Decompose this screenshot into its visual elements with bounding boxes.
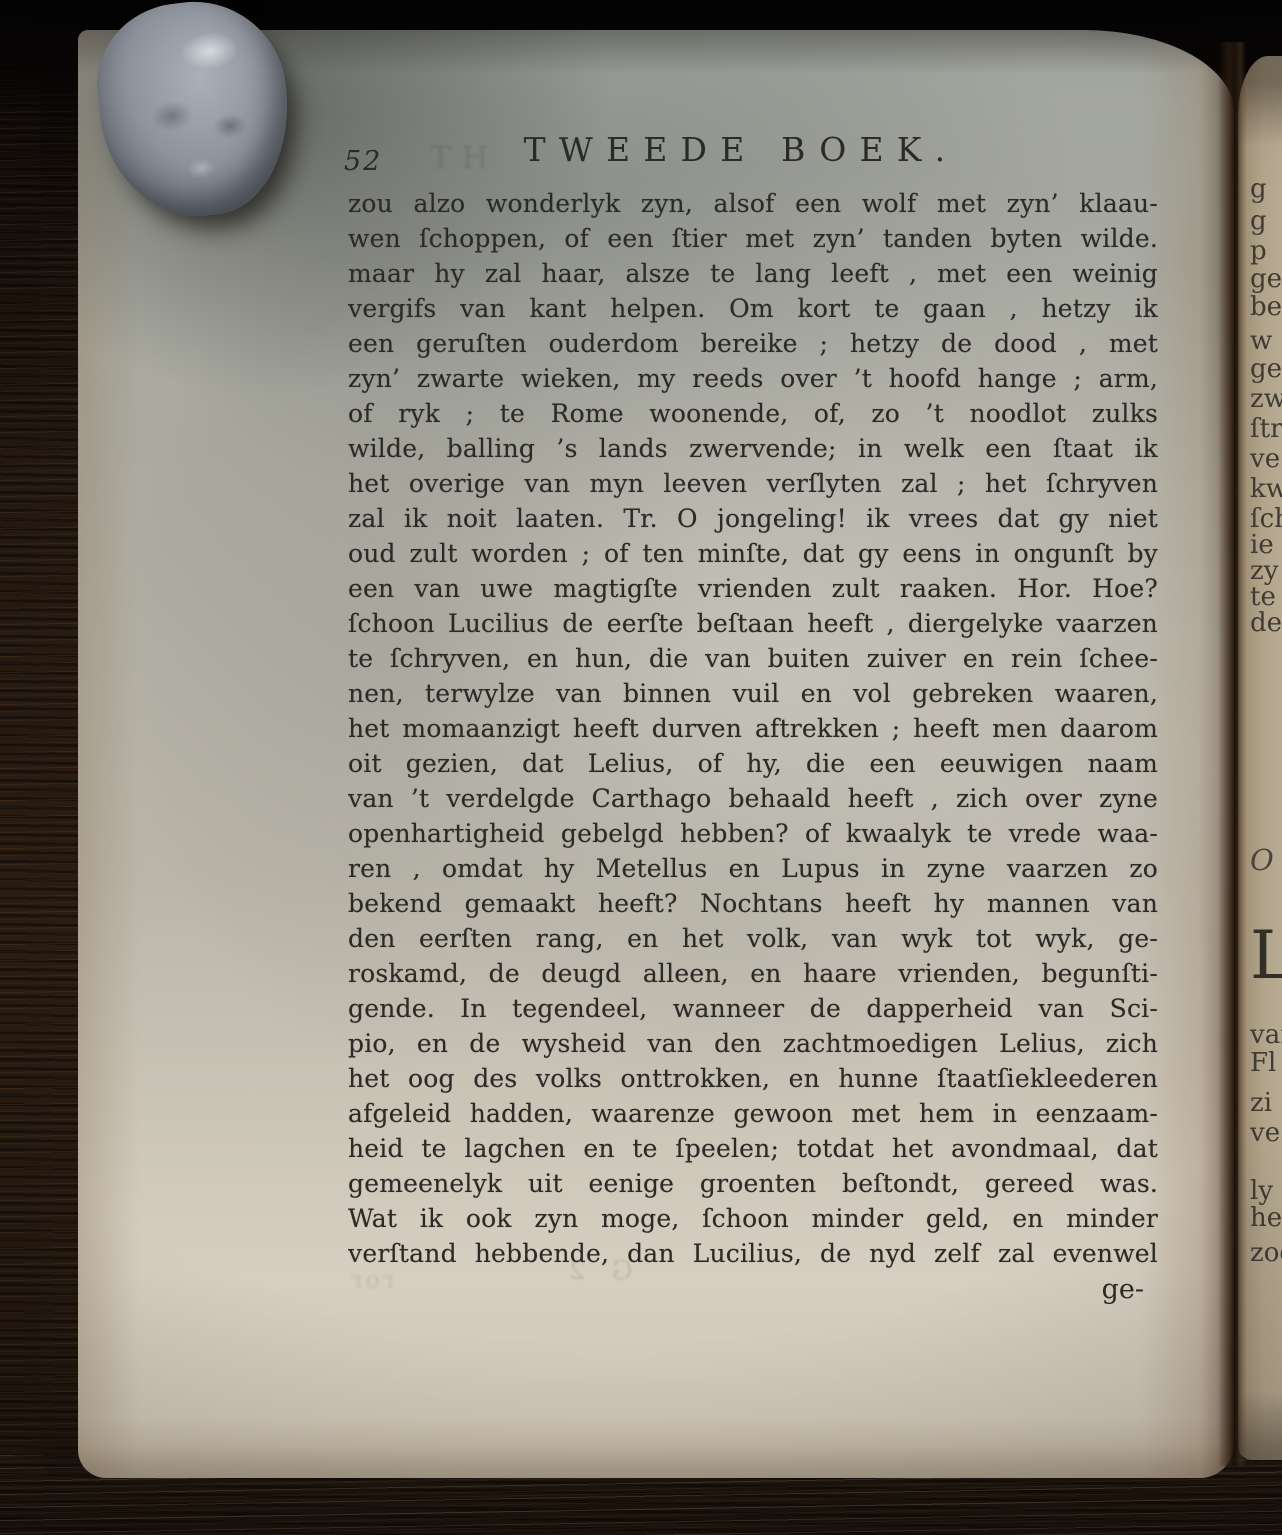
facing-page-text-fragment: ly — [1250, 1176, 1273, 1206]
text-line: roskamd, de deugd alleen, en haare vrien… — [348, 956, 1158, 991]
facing-page-text-fragment: p — [1250, 236, 1267, 266]
showthrough-verso-text: ror — [348, 1266, 394, 1294]
book-gutter-crease — [1218, 42, 1246, 1466]
text-line: zal ik noit laaten. Tr. O jongeling! ik … — [348, 501, 1158, 536]
text-line: zou alzo wonderlyk zyn, alsof een wolf m… — [348, 186, 1158, 221]
text-line: gemeenelyk uit eenige groenten beſtondt,… — [348, 1166, 1158, 1201]
text-line: heid te lagchen en te ſpeelen; totdat he… — [348, 1131, 1158, 1166]
text-line: wen ſchoppen, of een ſtier met zyn’ tand… — [348, 221, 1158, 256]
text-line: wilde, balling ’s lands zwervende; in we… — [348, 431, 1158, 466]
text-line: of ryk ; te Rome woonende, of, zo ’t noo… — [348, 396, 1158, 431]
facing-page-text-fragment: be — [1250, 292, 1282, 322]
catchword: ge- — [348, 1273, 1158, 1307]
facing-page-text-fragment: g — [1250, 206, 1267, 236]
text-line: bekend gemaakt heeft? Nochtans heeft hy … — [348, 886, 1158, 921]
facing-page-text-fragment: zoe — [1250, 1238, 1282, 1268]
facing-page-text-fragment: ge — [1250, 264, 1282, 294]
facing-page-text-fragment: ve — [1250, 1118, 1280, 1148]
facing-page-text-fragment: kw — [1250, 474, 1282, 504]
text-line: het overige van myn leeven verſlyten zal… — [348, 466, 1158, 501]
facing-page-drop-cap: L — [1250, 923, 1282, 989]
page-header: 52 TH TWEEDE BOEK. — [348, 130, 1158, 180]
showthrough-signature-mark: G 2 — [560, 1256, 633, 1286]
text-line: openhartigheid gebelgd hebben? of kwaaly… — [348, 816, 1158, 851]
facing-page-text-fragment: ſtr — [1250, 414, 1282, 444]
text-line: verſtand hebbende, dan Lucilius, de nyd … — [348, 1236, 1158, 1271]
facing-page-text-fragment: var — [1250, 1020, 1282, 1050]
facing-page-text-fragment: ge — [1250, 354, 1282, 384]
text-line: zyn’ zwarte wieken, my reeds over ’t hoo… — [348, 361, 1158, 396]
text-line: ſchoon Lucilius de eerſte beſtaan heeft … — [348, 606, 1158, 641]
text-line: maar hy zal haar, alsze te lang leeft , … — [348, 256, 1158, 291]
facing-page-text-fragment: he — [1250, 1203, 1282, 1233]
facing-page-text-fragment: de — [1250, 608, 1282, 638]
facing-page-text-fragment: zw — [1250, 384, 1282, 414]
text-line: een van uwe magtigſte vrienden zult raak… — [348, 571, 1158, 606]
printed-text-block: 52 TH TWEEDE BOEK. zou alzo wonderlyk zy… — [348, 130, 1158, 1307]
text-line: het momaanzigt heeft durven aftrekken ; … — [348, 711, 1158, 746]
text-line: vergifs van kant helpen. Om kort te gaan… — [348, 291, 1158, 326]
body-text: zou alzo wonderlyk zyn, alsof een wolf m… — [348, 186, 1158, 1271]
text-line: nen, terwylze van binnen vuil en vol geb… — [348, 676, 1158, 711]
text-line: te ſchryven, en hun, die van buiten zuiv… — [348, 641, 1158, 676]
text-line: oud zult worden ; of ten minſte, dat gy … — [348, 536, 1158, 571]
facing-page-text-fragment: Fl — [1250, 1048, 1276, 1078]
text-line: gende. In tegendeel, wanneer de dapperhe… — [348, 991, 1158, 1026]
facing-page-text-fragment: ve — [1250, 444, 1280, 474]
text-line: afgeleid hadden, waarenze gewoon met hem… — [348, 1096, 1158, 1131]
text-line: ren , omdat hy Metellus en Lupus in zyne… — [348, 851, 1158, 886]
text-line: oit gezien, dat Lelius, of hy, die een e… — [348, 746, 1158, 781]
facing-page-text-fragment: w — [1250, 326, 1272, 356]
text-line: van ’t verdelgde Carthago behaald heeft … — [348, 781, 1158, 816]
facing-page-text-fragment: g — [1250, 174, 1267, 204]
text-line: den eerſten rang, en het volk, van wyk t… — [348, 921, 1158, 956]
text-line: een geruſten ouderdom bereike ; hetzy de… — [348, 326, 1158, 361]
facing-page-text-fragment: zi — [1250, 1088, 1272, 1118]
text-line: Wat ik ook zyn moge, ſchoon minder geld,… — [348, 1201, 1158, 1236]
facing-page-text-fragment: O — [1250, 843, 1274, 877]
text-line: het oog des volks onttrokken, en hunne ſ… — [348, 1061, 1158, 1096]
running-title: TWEEDE BOEK. — [336, 130, 1146, 169]
book-photo-scene: g g p ge be w ge zw ſtr ve kw ſch ie zy … — [0, 0, 1282, 1535]
text-line: pio, en de wysheid van den zachtmoedigen… — [348, 1026, 1158, 1061]
